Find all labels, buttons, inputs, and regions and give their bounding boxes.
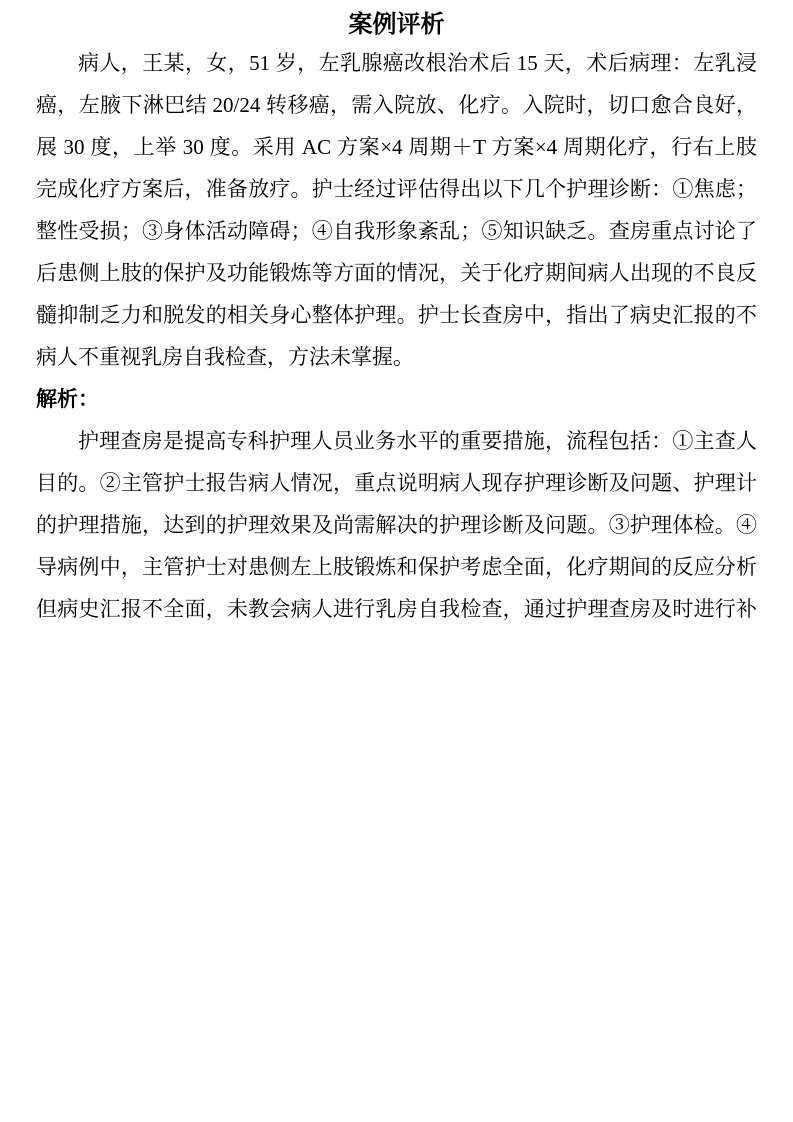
text-line: 癌，左腋下淋巴结 20/24 转移癌，需入院放、化疗。入院时，切口愈合良好，左上…	[36, 84, 757, 126]
text-line: 后患侧上肢的保护及功能锻炼等方面的情况，关于化疗期间病人出现的不良反应——骨	[36, 252, 757, 294]
text-line: 病人，王某，女，51 岁，左乳腺癌改根治术后 15 天，术后病理：左乳浸润性导管	[36, 42, 757, 84]
text-line: 的护理措施，达到的护理效果及尚需解决的护理诊断及问题。③护理体检。④评价与指	[36, 504, 757, 546]
text-line: 导病例中，主管护士对患侧左上肢锻炼和保护考虑全面，化疗期间的反应分析护理到位，	[36, 546, 757, 588]
text-line: 完成化疗方案后，准备放疗。护士经过评估得出以下几个护理诊断：①焦虑；②皮肤完	[36, 168, 757, 210]
case-paragraph: 病人，王某，女，51 岁，左乳腺癌改根治术后 15 天，术后病理：左乳浸润性导管…	[36, 42, 757, 378]
text-line: 病人不重视乳房自我检查，方法未掌握。	[36, 336, 757, 378]
text-line: 护理查房是提高专科护理人员业务水平的重要措施，流程包括：①主查人说明查房	[36, 420, 757, 462]
text-line: 髓抑制乏力和脱发的相关身心整体护理。护士长查房中，指出了病史汇报的不足部分，	[36, 294, 757, 336]
document-page: 案例评析 病人，王某，女，51 岁，左乳腺癌改根治术后 15 天，术后病理：左乳…	[0, 0, 793, 1122]
text-line: 整性受损；③身体活动障碍；④自我形象紊乱；⑤知识缺乏。查房重点讨论了病人手术	[36, 210, 757, 252]
analysis-heading: 解析：	[36, 378, 757, 420]
text-line: 目的。②主管护士报告病人情况，重点说明病人现存护理诊断及问题、护理计划、采取	[36, 462, 757, 504]
document-title: 案例评析	[36, 8, 757, 42]
text-line: 但病史汇报不全面，未教会病人进行乳房自我检查，通过护理查房及时进行补充和指导。	[36, 588, 757, 630]
text-line: 展 30 度，上举 30 度。采用 AC 方案×4 周期＋T 方案×4 周期化疗…	[36, 126, 757, 168]
analysis-paragraph: 护理查房是提高专科护理人员业务水平的重要措施，流程包括：①主查人说明查房目的。②…	[36, 420, 757, 630]
